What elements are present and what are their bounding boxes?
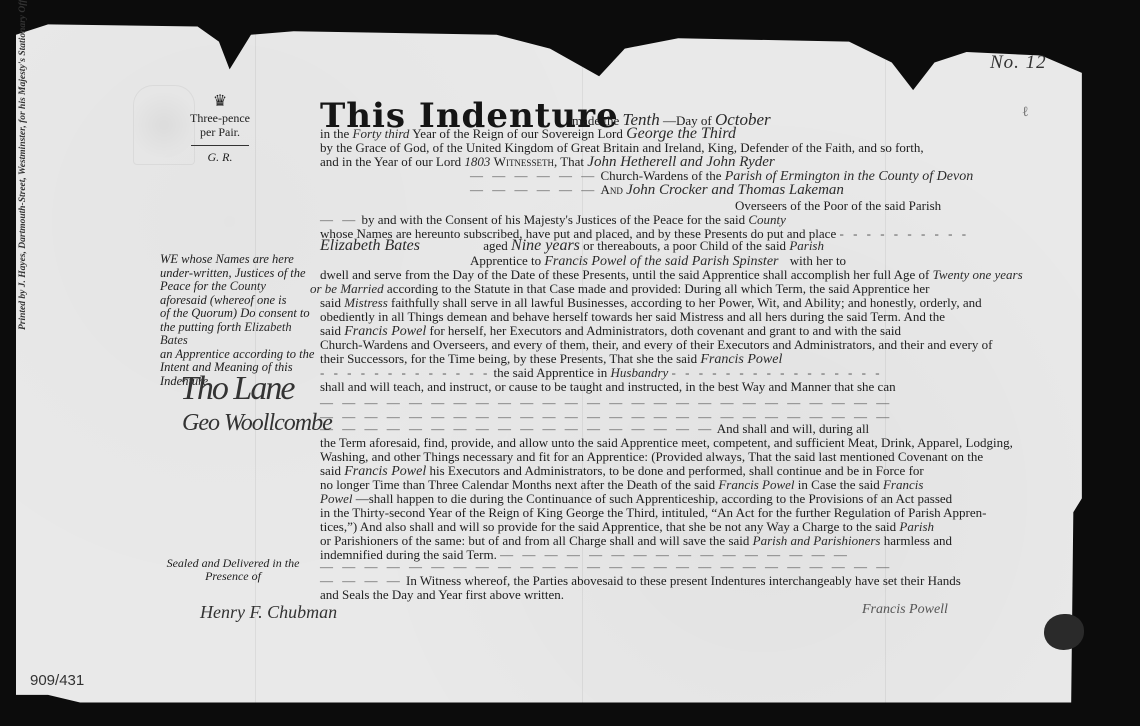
signature-witness: Henry F. Chubman — [200, 602, 337, 623]
handwritten-master-surname: Powel — [320, 491, 353, 506]
handwritten-age: Nine years — [511, 237, 580, 254]
blank-dashes: — — — — — — — — — — — — — — — — — — — [320, 421, 714, 436]
handwritten-or-married: or be Married — [310, 281, 384, 296]
text: shall and will teach, and instruct, or c… — [320, 380, 896, 394]
text: faithfully shall serve in all lawful Bus… — [391, 295, 982, 310]
text: tices,”) And also shall and will so prov… — [320, 519, 896, 534]
text: the putting forth — [160, 320, 241, 334]
text: said — [320, 323, 341, 338]
text: according to the Statute in that Case ma… — [387, 281, 930, 296]
stamp-divider — [191, 145, 249, 146]
text: for herself, her Executors and Administr… — [430, 323, 902, 338]
text: Year of the Reign of our Sovereign Lord — [412, 126, 623, 141]
blank-dashes: - - - - - - - - - - - - - — [320, 365, 490, 380]
stamp-duty-line2: per Pair. — [185, 125, 255, 139]
duty-stamp: ♛ Three-pence per Pair. G. R. — [185, 95, 255, 164]
handwritten-master-name: Francis — [883, 477, 923, 492]
blank-dashes: — — — [320, 212, 358, 227]
text: or thereabouts, a poor Child of the said — [583, 238, 786, 253]
text: Witnesseth, — [494, 154, 558, 169]
royal-cipher: G. R. — [185, 150, 255, 164]
text: —shall happen to die during the Continua… — [356, 491, 952, 506]
text: aforesaid (whereof one is — [160, 294, 320, 308]
signature-master: Francis Powell — [862, 602, 948, 618]
blank-dashes: - - - - - - - - - - — [839, 226, 969, 241]
crown-icon: ♛ — [185, 95, 255, 109]
text: in Case the said — [798, 477, 880, 492]
blank-dashes: — — — — — — — [470, 168, 597, 183]
text: Church-Wardens and Overseers, and every … — [320, 338, 992, 352]
justices-consent: WE whose Names are here under-written, J… — [160, 253, 320, 388]
handwritten-county: County — [230, 279, 266, 293]
text: aged — [483, 238, 508, 253]
text: and in the Year of our Lord — [320, 154, 461, 169]
text: the said Apprentice in — [494, 365, 608, 380]
text: their Successors, for the Time being, by… — [320, 351, 697, 366]
text: Apprentice to — [470, 253, 541, 268]
blank-dashes: — — — — — — — — — — — — — — — — — — — — … — [320, 560, 892, 574]
text: That — [560, 154, 584, 169]
archive-reference: 909/431 — [30, 672, 84, 689]
handwritten-master-name: Francis Powel — [718, 477, 794, 492]
blank-dashes: — — — — — — — [470, 182, 597, 197]
handwritten-overseers: John Crocker and Thomas Lakeman — [626, 182, 844, 198]
blank-dashes: — — — — — — — — — — — — — — — — — — — — … — [320, 396, 892, 410]
sealed-delivered-label: Sealed and Delivered in the Presence of — [158, 557, 308, 583]
text: Overseers of the Poor of the said Parish — [735, 199, 941, 213]
text: In Witness whereof, the Parties abovesai… — [406, 573, 961, 588]
handwritten-year: 1803 — [464, 154, 490, 169]
text: Peace for the — [160, 279, 227, 293]
text: Presence of — [158, 570, 308, 583]
text: And shall and will, during all — [717, 421, 869, 436]
text: obediently in all Things demean and beha… — [320, 310, 945, 324]
handwritten-trade: Husbandry — [611, 365, 669, 380]
text: in the Thirty-second Year of the Reign o… — [320, 506, 986, 520]
indenture-body: made the Tenth —Day of October in the Fo… — [320, 0, 1120, 600]
text: by the Grace of God, of the United Kingd… — [320, 141, 924, 155]
text: and Seals the Day and Year first above w… — [320, 588, 564, 602]
signature-justice-1: Tho Lane — [180, 370, 293, 408]
handwritten-county: County — [748, 212, 786, 227]
blank-dashes: — — — — — [320, 573, 403, 588]
text: harmless and — [884, 533, 952, 548]
text: said — [320, 463, 341, 478]
text: the Term aforesaid, find, provide, and a… — [320, 436, 1013, 450]
wax-seal — [1044, 614, 1084, 650]
handwritten-parish: Parish — [789, 238, 824, 253]
text: or Parishioners of the same: but of and … — [320, 533, 749, 548]
stamp-duty-line1: Three-pence — [185, 111, 255, 125]
handwritten-apprentice-name: Elizabeth Bates — [320, 237, 420, 254]
text: of the Quorum) Do consent to — [160, 307, 320, 321]
handwritten-mistress: Mistress — [344, 295, 388, 310]
text: in the — [320, 126, 349, 141]
text: with her to — [790, 253, 846, 268]
text: Washing, and other Things necessary and … — [320, 450, 983, 464]
text: an Apprentice according to the — [160, 348, 320, 362]
handwritten-regnal-year: Forty third — [353, 126, 410, 141]
text: And — [601, 182, 623, 197]
text: dwell and serve from the Day of the Date… — [320, 267, 929, 282]
text: said — [320, 295, 341, 310]
handwritten-parish-parishioners: Parish and Parishioners — [753, 533, 881, 548]
blank-dashes: - - - - - - - - - - - - - - - - — [672, 365, 883, 380]
text: his Executors and Administrators, to be … — [430, 463, 924, 478]
text: Church-Wardens of the — [601, 168, 722, 183]
handwritten-term: Twenty one years — [933, 267, 1023, 282]
text: WE whose Names are here — [160, 253, 320, 267]
text: by and with the Consent of his Majesty's… — [362, 212, 746, 227]
signature-justice-2: Geo Woollcombe — [182, 410, 332, 437]
printer-imprint: Printed by J. Hayes, Dartmouth-Street, W… — [18, 0, 28, 330]
handwritten-parish: Parish — [899, 519, 934, 534]
text: under-written, Justices of the — [160, 267, 320, 281]
text: no longer Time than Three Calendar Month… — [320, 477, 715, 492]
